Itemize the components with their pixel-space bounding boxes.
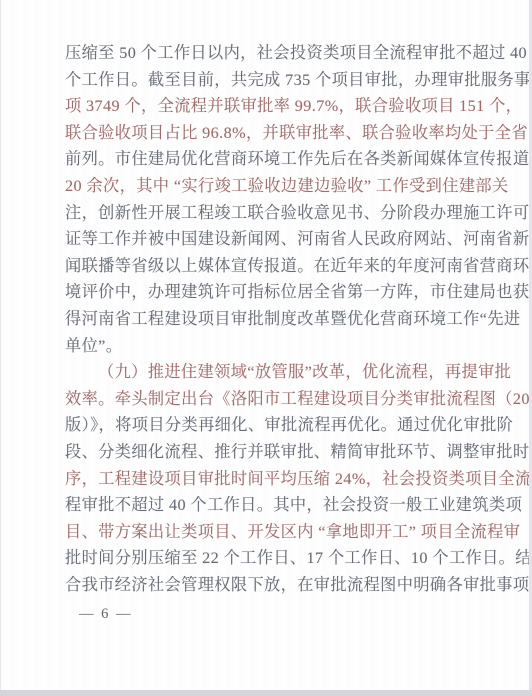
text-line: 联合验收项目占比 96.8%，并联审批率、联合验收率均处于全省 — [65, 120, 469, 147]
text-line: 序，工程建设项目审批时间平均压缩 24%，社会投资类项目全流 — [65, 466, 469, 493]
text-line: （九）推进住建领域“放管服”改革，优化流程，再提审批 — [65, 359, 469, 386]
text-line: 项 3749 个，全流程并联审批率 99.7%，联合验收项目 151 个， — [65, 93, 469, 120]
text-line: 闻联播等省级以上媒体宣传报道。在近年来的年度河南省营商环 — [65, 253, 469, 280]
text-line: 注，创新性开展工程竣工联合验收意见书、分阶段办理施工许可 — [65, 200, 469, 227]
text-line: 压缩至 50 个工作日以内，社会投资类项目全流程审批不超过 40 — [65, 40, 469, 67]
text-line: 合我市经济社会管理权限下放，在审批流程图中明确各审批事项 — [65, 572, 469, 599]
text-line: 效率。牵头制定出台《洛阳市工程建设项目分类审批流程图（2022 — [65, 386, 469, 413]
document-page: 压缩至 50 个工作日以内，社会投资类项目全流程审批不超过 40 个工作日。截至… — [0, 0, 529, 690]
text-line: 个工作日。截至目前，共完成 735 个项目审批，办理审批服务事 — [65, 67, 469, 94]
text-line: 程审批不超过 40 个工作日。其中，社会投资一般工业建筑类项 — [65, 492, 469, 519]
text-line: 前列。市住建局优化营商环境工作先后在各类新闻媒体宣传报道 — [65, 146, 469, 173]
text-line: 得河南省工程建设项目审批制度改革暨优化营商环境工作“先进 — [65, 306, 469, 333]
text-line: 段、分类细化流程、推行并联审批、精简审批环节、调整审批时 — [65, 439, 469, 466]
document-body: 压缩至 50 个工作日以内，社会投资类项目全流程审批不超过 40 个工作日。截至… — [65, 40, 469, 598]
scan-edge-bottom — [0, 690, 532, 696]
text-line: 批时间分别压缩至 22 个工作日、17 个工作日、10 个工作日。结 — [65, 545, 469, 572]
text-line: 境评价中，办理建筑许可指标位居全省第一方阵，市住建局也获 — [65, 279, 469, 306]
page-number: — 6 — — [79, 606, 133, 623]
text-line: 版）》，将项目分类再细化、审批流程再优化。通过优化审批阶 — [65, 412, 469, 439]
text-line: 20 余次，其中 “实行竣工验收边建边验收” 工作受到住建部关 — [65, 173, 469, 200]
text-line: 证等工作并被中国建设新闻网、河南省人民政府网站、河南省新 — [65, 226, 469, 253]
text-line: 单位”。 — [65, 333, 469, 360]
text-line: 目、带方案出让类项目、开发区内 “拿地即开工” 项目全流程审 — [65, 519, 469, 546]
